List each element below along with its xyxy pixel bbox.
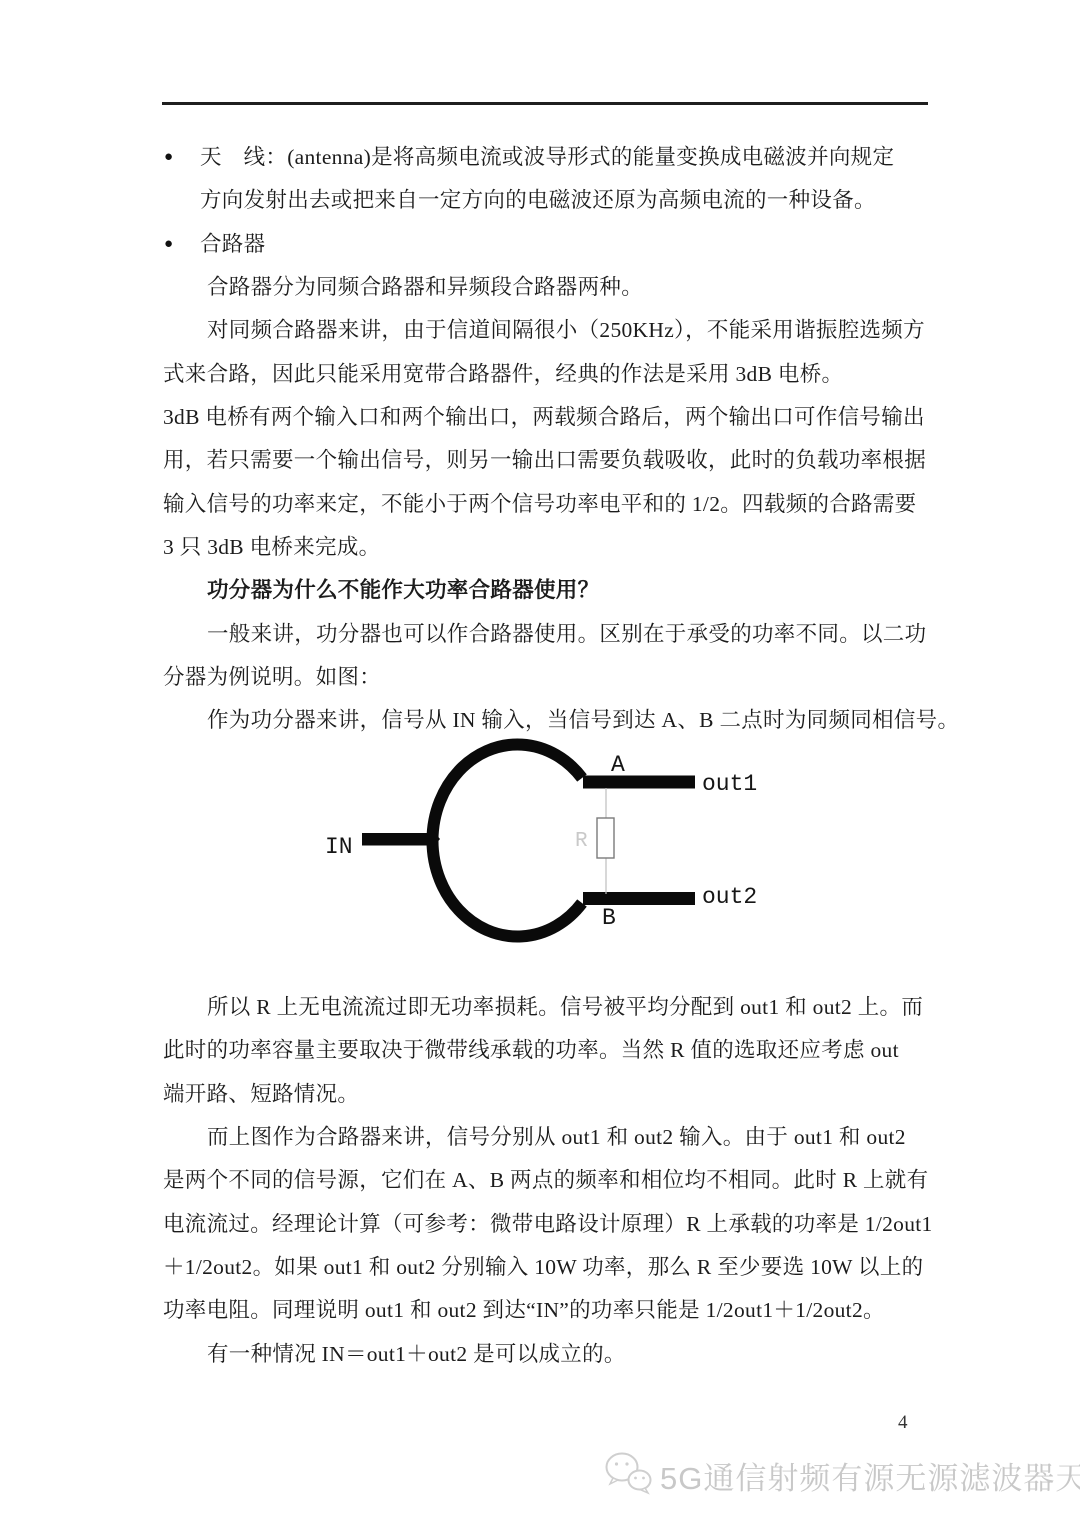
body-line: 3 只 3dB 电桥来完成。: [163, 526, 923, 569]
label-out1: out1: [702, 771, 757, 797]
body-line: 式来合路，因此只能采用宽带合路器件，经典的作法是采用 3dB 电桥。: [163, 353, 923, 396]
body-line: 合路器分为同频合路器和异频段合路器两种。: [163, 266, 923, 309]
body-line: 功率电阻。同理说明 out1 和 out2 到达“IN”的功率只能是 1/2ou…: [163, 1289, 923, 1332]
watermark-text: 5G通信射频有源无源滤波器天线: [660, 1453, 1080, 1498]
body-line: ＋1/2out2。如果 out1 和 out2 分别输入 10W 功率，那么 R…: [163, 1246, 923, 1289]
power-divider-diagram: IN A B R out1 out2: [300, 728, 760, 963]
label-point-a: A: [611, 752, 625, 778]
body-line: 对同频合路器来讲，由于信道间隔很小（250KHz），不能采用谐振腔选频方: [163, 309, 923, 352]
resistor-body: [597, 818, 614, 858]
document-page: ● 天 线：(antenna)是将高频电流或波导形式的能量变换成电磁波并向规定 …: [0, 0, 1080, 1526]
body-line: 3dB 电桥有两个输入口和两个输出口，两载频合路后，两个输出口可作信号输出: [163, 396, 923, 439]
label-point-b: B: [602, 905, 616, 931]
label-in: IN: [325, 834, 353, 860]
body-line: 输入信号的功率来定，不能小于两个信号功率电平和的 1/2。四载频的合路需要: [163, 483, 923, 526]
bullet-item-combiner: ● 合路器: [163, 223, 923, 266]
body-line: 是两个不同的信号源，它们在 A、B 两点的频率和相位均不相同。此时 R 上就有: [163, 1159, 923, 1202]
label-out2: out2: [702, 884, 757, 910]
body-line: 天 线：(antenna)是将高频电流或波导形式的能量变换成电磁波并向规定: [200, 145, 894, 169]
body-line: 而上图作为合路器来讲，信号分别从 out1 和 out2 输入。由于 out1 …: [163, 1116, 923, 1159]
body-line: 分器为例说明。如图：: [163, 656, 923, 699]
body-line: 合路器: [200, 232, 265, 256]
body-line: 一般来讲，功分器也可以作合路器使用。区别在于承受的功率不同。以二功: [163, 613, 923, 656]
body-line: 端开路、短路情况。: [163, 1073, 923, 1116]
ring-microstrip: [432, 745, 582, 937]
bullet-item-antenna: ● 天 线：(antenna)是将高频电流或波导形式的能量变换成电磁波并向规定: [163, 136, 923, 179]
label-resistor: R: [575, 830, 588, 853]
output1-line: [583, 776, 695, 789]
header-rule: [162, 102, 928, 105]
wechat-icon: [603, 1449, 653, 1502]
bullet-icon: ●: [164, 136, 173, 179]
section-heading: 功分器为什么不能作大功率合路器使用？: [163, 569, 923, 612]
body-line: 此时的功率容量主要取决于微带线承载的功率。当然 R 值的选取还应考虑 out: [163, 1029, 923, 1072]
body-line: 所以 R 上无电流流过即无功率损耗。信号被平均分配到 out1 和 out2 上…: [163, 986, 923, 1029]
body-text-lower: 所以 R 上无电流流过即无功率损耗。信号被平均分配到 out1 和 out2 上…: [163, 986, 923, 1376]
output2-line: [583, 892, 695, 905]
bullet-icon: ●: [164, 223, 173, 266]
input-line: [362, 833, 436, 846]
body-line: 用，若只需要一个输出信号，则另一输出口需要负载吸收，此时的负载功率根据: [163, 439, 923, 482]
body-line: 电流流过。经理论计算（可参考：微带电路设计原理）R 上承载的功率是 1/2out…: [163, 1203, 923, 1246]
body-text-upper: ● 天 线：(antenna)是将高频电流或波导形式的能量变换成电磁波并向规定 …: [163, 136, 923, 743]
body-line: 有一种情况 IN＝out1＋out2 是可以成立的。: [163, 1333, 923, 1376]
body-line: 方向发射出去或把来自一定方向的电磁波还原为高频电流的一种设备。: [163, 179, 923, 222]
watermark: 5G通信射频有源无源滤波器天线: [603, 1449, 1080, 1502]
page-number: 4: [898, 1412, 908, 1434]
